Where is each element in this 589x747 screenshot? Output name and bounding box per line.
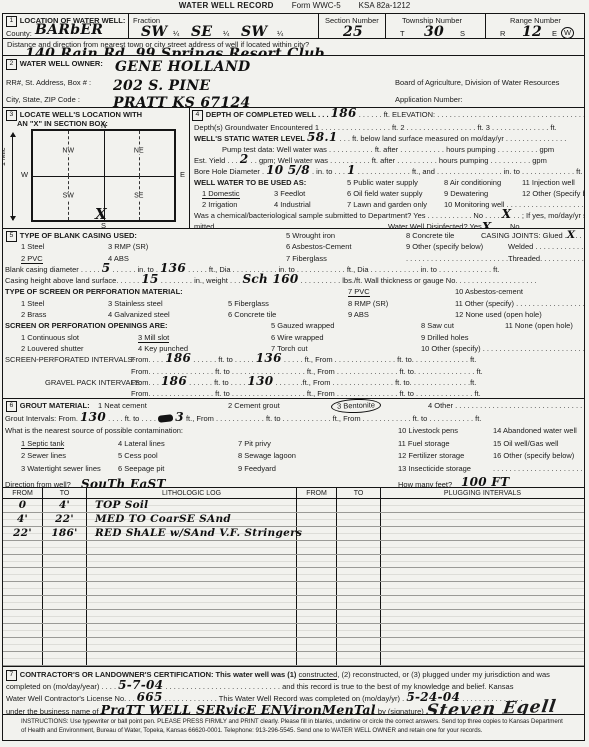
plug-cell-from bbox=[297, 582, 337, 595]
plug-cell-interval bbox=[381, 638, 584, 651]
contam-option-7: 7 Pit privy bbox=[238, 439, 271, 448]
mitted-continuation: mitted bbox=[194, 222, 214, 229]
casing-option-2-selected: 2 PVC bbox=[21, 254, 43, 264]
spi-suffix: . . . . . ft., From . . . . . . . . . . … bbox=[284, 355, 477, 364]
log-row-empty bbox=[3, 596, 584, 610]
contam-option-5: 5 Cess pool bbox=[118, 451, 158, 460]
plug-cell-interval bbox=[381, 541, 584, 554]
contam-option-15: 15 Oil well/Gas well bbox=[493, 439, 558, 448]
contam-13-dots: . . . . . . . . . . . . . . . . . . . . … bbox=[493, 464, 584, 473]
groundwater-line: Depth(s) Groundwater Encountered 1 . . .… bbox=[194, 123, 557, 132]
section4-number: 4 bbox=[192, 110, 203, 121]
west-label: W bbox=[21, 170, 28, 179]
casing-diameter-to-value: 136 bbox=[160, 265, 186, 271]
address-value: 202 S. PINE bbox=[113, 83, 210, 89]
log-header-plugging: PLUGGING INTERVALS bbox=[381, 488, 584, 498]
quadrant-nw: NW bbox=[33, 131, 104, 176]
plug-cell-to bbox=[337, 527, 381, 540]
log-header-to2: TO bbox=[337, 488, 381, 498]
east-label: E bbox=[180, 170, 185, 179]
log-cell-description bbox=[87, 555, 297, 568]
log-cell-description bbox=[87, 652, 297, 665]
screen-intervals-label: SCREEN-PERFORATED INTERVALS: bbox=[5, 355, 135, 364]
screen-option-10: 10 Asbestos-cement bbox=[455, 287, 523, 296]
contam-option-8: 8 Sewage lagoon bbox=[238, 451, 296, 460]
pump-test-line: Pump test data: Well water was . . . . .… bbox=[222, 145, 554, 154]
screen-option-6: 6 Concrete tile bbox=[228, 310, 276, 319]
form-frame: 1LOCATION OF WATER WELL: County: BARbER … bbox=[2, 13, 585, 741]
screen-option-1: 1 Steel bbox=[21, 299, 44, 308]
log-cell-to bbox=[43, 624, 87, 637]
log-cell-description bbox=[87, 541, 297, 554]
handwritten-entry: 4' bbox=[59, 502, 70, 508]
log-cell-from bbox=[3, 541, 43, 554]
section-number-cell: Section Number 25 bbox=[319, 14, 386, 38]
screen-option-8: 8 RMP (SR) bbox=[348, 299, 388, 308]
spi-to-value: 136 bbox=[256, 355, 282, 361]
one-mile-scale-line bbox=[12, 134, 13, 220]
quarter-symbol-3: ¼ bbox=[277, 29, 283, 38]
log-cell-to bbox=[43, 541, 87, 554]
opening-option-11: 11 None (open hole) bbox=[505, 321, 573, 330]
log-cell-from: 4' bbox=[3, 513, 43, 526]
screen-option-3: 3 Stainless steel bbox=[108, 299, 163, 308]
fraction-2-value: SE bbox=[191, 29, 212, 35]
contam-option-6: 6 Seepage pit bbox=[118, 464, 164, 473]
contam-option-3: 3 Watertight sewer lines bbox=[21, 464, 101, 473]
log-row: 4'22'MED TO CoarSE SAnd bbox=[3, 513, 584, 527]
log-cell-to bbox=[43, 582, 87, 595]
plug-cell-to bbox=[337, 610, 381, 623]
log-row: 04'TOP Soil bbox=[3, 499, 584, 513]
opening-option-2: 2 Louvered shutter bbox=[21, 344, 84, 353]
log-cell-description bbox=[87, 596, 297, 609]
plug-cell-from bbox=[297, 610, 337, 623]
use-option-4: 4 Industrial bbox=[274, 200, 311, 209]
screen-option-9: 9 ABS bbox=[348, 310, 369, 319]
contam-option-13: 13 Insecticide storage bbox=[398, 464, 471, 473]
use-option-10: 10 Monitoring well . . . . . . . . . . .… bbox=[444, 200, 584, 209]
log-cell-to: 22' bbox=[43, 513, 87, 526]
section5-number: 5 bbox=[6, 231, 17, 242]
contam-option-1-selected: 1 Septic tank bbox=[21, 439, 64, 449]
completed-on-label: completed on (mo/day/year) . . . . bbox=[6, 682, 116, 691]
section7-number: 7 bbox=[6, 670, 17, 681]
grout-option-1: 1 Neat cement bbox=[98, 401, 147, 410]
log-row-empty bbox=[3, 638, 584, 652]
section6-grout: 6GROUT MATERIAL: 1 Neat cement 2 Cement … bbox=[3, 399, 584, 488]
grout-option-2: 2 Cement grout bbox=[228, 401, 280, 410]
quadrant-ne: NE bbox=[104, 131, 175, 176]
plug-cell-interval bbox=[381, 568, 584, 581]
application-number-label: Application Number: bbox=[395, 95, 463, 104]
bore-hole-label: Bore Hole Diameter . bbox=[194, 167, 264, 176]
plug-cell-interval bbox=[381, 527, 584, 540]
log-row-empty bbox=[3, 555, 584, 569]
log-header-lithologic: LITHOLOGIC LOG bbox=[87, 488, 297, 498]
feet-value: 100 FT bbox=[461, 479, 509, 485]
grout-suffix: ft., From . . . . . . . . . . . . ft. to… bbox=[186, 414, 481, 423]
plug-cell-interval bbox=[381, 513, 584, 526]
chem-sample-label: Was a chemical/bacteriological sample su… bbox=[194, 211, 500, 220]
casing-height-label: Casing height above land surface. . . . … bbox=[5, 276, 139, 285]
casing-diameter-value: 5 bbox=[102, 265, 111, 271]
bore-hole-to-value: 1 bbox=[347, 167, 356, 173]
blank-casing-diameter-label: Blank casing diameter . . . . . bbox=[5, 265, 100, 274]
plug-cell-interval bbox=[381, 596, 584, 609]
log-cell-from bbox=[3, 555, 43, 568]
casing-option-4: 4 ABS bbox=[108, 254, 129, 263]
business-name-value: PraTT WELL SERvicE ENVironMenTal bbox=[101, 707, 376, 713]
form-number: Form WWC-5 bbox=[292, 1, 341, 10]
business-name-label: under the business name of bbox=[6, 707, 99, 714]
gravel-pack-label: GRAVEL PACK INTERVALS: bbox=[45, 378, 142, 387]
section6-heading: GROUT MATERIAL: bbox=[20, 401, 90, 410]
section3-heading-line2: AN "X" IN SECTION BOX: bbox=[17, 119, 108, 128]
section2-owner: 2WATER WELL OWNER: GENE HOLLAND RR#, St.… bbox=[3, 56, 584, 108]
grout-intervals-label: Grout Intervals: From. bbox=[5, 414, 78, 423]
bore-hole-diameter-value: 10 5/8 bbox=[266, 167, 310, 173]
use-option-2: 2 Irrigation bbox=[202, 200, 237, 209]
log-header-to: TO bbox=[43, 488, 87, 498]
instructions-line1: INSTRUCTIONS: Use typewriter or ball poi… bbox=[3, 715, 584, 727]
est-yield-label: Est. Yield . . . bbox=[194, 156, 238, 165]
form-title-row: WATER WELL RECORD Form WWC-5 KSA 82a-121… bbox=[0, 1, 589, 10]
board-label: Board of Agriculture, Division of Water … bbox=[395, 78, 559, 87]
plug-cell-to bbox=[337, 568, 381, 581]
completed-date-value: 5-7-04 bbox=[118, 682, 163, 688]
handwritten-entry: 22' bbox=[13, 530, 32, 536]
fraction-3-value: SW bbox=[241, 29, 267, 35]
plug-cell-interval bbox=[381, 624, 584, 637]
log-cell-description: TOP Soil bbox=[87, 499, 297, 512]
use-option-7: 7 Lawn and garden only bbox=[347, 200, 427, 209]
gpi-to-value: 130 bbox=[247, 378, 273, 384]
plug-cell-from bbox=[297, 541, 337, 554]
opening-option-5: 5 Gauzed wrapped bbox=[271, 321, 334, 330]
log-cell-to: 4' bbox=[43, 499, 87, 512]
section5-casing: 5TYPE OF BLANK CASING USED: 5 Wrought ir… bbox=[3, 229, 584, 399]
screen-material-heading: TYPE OF SCREEN OR PERFORATION MATERIAL: bbox=[5, 287, 183, 296]
quarter-symbol-2: ¼ bbox=[223, 29, 229, 38]
township-cell: Township Number T 30 S bbox=[386, 14, 486, 38]
range-cell: Range Number R 12 E W bbox=[486, 14, 584, 38]
log-cell-from: 0 bbox=[3, 499, 43, 512]
constructed-underlined: constructed bbox=[299, 670, 338, 680]
opening-option-3-selected: 3 Mill slot bbox=[138, 333, 169, 343]
plug-cell-interval bbox=[381, 555, 584, 568]
section2-number: 2 bbox=[6, 59, 17, 70]
opening-option-10: 10 Other (specify) . . . . . . . . . . .… bbox=[421, 344, 584, 353]
use-option-11: 11 Injection well bbox=[522, 178, 575, 187]
quadrant-sw: SW bbox=[33, 176, 104, 221]
use-option-1-selected: 1 Domestic bbox=[202, 189, 240, 199]
log-cell-description: RED ShALE w/SAnd V.F. Stringers bbox=[87, 527, 297, 540]
log-cell-from bbox=[3, 610, 43, 623]
section3-4-block: 3LOCATE WELL'S LOCATION WITH AN "X" IN S… bbox=[3, 108, 584, 229]
contam-option-16: 16 Other (specify below) bbox=[493, 451, 574, 460]
depth-completed-value: 186 bbox=[331, 110, 357, 116]
gpi-row2: From. . . . . . . . . . . . . . . . ft. … bbox=[131, 389, 481, 398]
grout-to-value: 3 bbox=[175, 414, 184, 420]
use-option-5: 5 Public water supply bbox=[347, 178, 418, 187]
casing-diameter-suffix: . . . . . ft., Dia . . . . . . . . . . .… bbox=[188, 265, 499, 274]
one-mile-label: 1 Mile bbox=[3, 147, 7, 166]
county-value: BARbER bbox=[35, 27, 103, 33]
opening-option-6: 6 Wire wrapped bbox=[271, 333, 324, 342]
log-cell-description bbox=[87, 610, 297, 623]
casing-option-8: 8 Concrete tile bbox=[406, 231, 454, 240]
opening-option-9: 9 Drilled holes bbox=[421, 333, 469, 342]
plug-cell-from bbox=[297, 638, 337, 651]
direction-value: SouTh EaST bbox=[81, 481, 166, 487]
contam-option-14: 14 Abandoned water well bbox=[493, 426, 577, 435]
city-value: PRATT KS 67124 bbox=[113, 100, 251, 106]
handwritten-entry: MED TO CoarSE SAnd bbox=[95, 516, 231, 522]
static-water-level-value: 58.1 bbox=[307, 134, 337, 140]
log-cell-to bbox=[43, 652, 87, 665]
log-table-header: FROM TO LITHOLOGIC LOG FROM TO PLUGGING … bbox=[3, 488, 584, 499]
joints-welded-label: Welded . . . . . . . . . . . . . . . . . bbox=[508, 242, 584, 251]
nw-label: NW bbox=[59, 148, 77, 155]
openings-heading: SCREEN OR PERFORATION OPENINGS ARE: bbox=[5, 321, 168, 330]
certification-line1-rest: , (2) reconstructed, or (3) plugged unde… bbox=[337, 670, 550, 679]
range-value: 12 bbox=[522, 29, 542, 35]
handwritten-entry: 186' bbox=[51, 530, 77, 536]
joints-threaded-label: Threaded. . . . . . . . . . . . . . . . bbox=[508, 254, 584, 263]
form-ksa: KSA 82a-1212 bbox=[359, 1, 411, 10]
log-cell-description bbox=[87, 568, 297, 581]
log-row-empty bbox=[3, 652, 584, 666]
use-option-9: 9 Dewatering bbox=[444, 189, 488, 198]
log-header-from2: FROM bbox=[297, 488, 337, 498]
log-cell-to bbox=[43, 555, 87, 568]
certification-line2-rest: . . . . . . . . . . . . . . . . . . . . … bbox=[165, 682, 513, 691]
casing-weight-value: Sch 160 bbox=[242, 276, 298, 282]
use-option-3: 3 Feedlot bbox=[274, 189, 305, 198]
log-cell-from bbox=[3, 582, 43, 595]
log-row-empty bbox=[3, 582, 584, 596]
log-cell-to: 186' bbox=[43, 527, 87, 540]
log-cell-to bbox=[43, 568, 87, 581]
plug-cell-to bbox=[337, 638, 381, 651]
log-cell-description bbox=[87, 624, 297, 637]
bore-hole-suffix: . . . . . . . . . . . . . ft., and . . .… bbox=[358, 167, 583, 176]
instructions-line2: of Health and Environment, Bureau of Wat… bbox=[3, 727, 584, 736]
casing-height-suffix: . . . . . . . . . . lbs./ft. Wall thickn… bbox=[301, 276, 537, 285]
depth-completed-label: DEPTH OF COMPLETED WELL . . . bbox=[206, 110, 329, 119]
plug-cell-from bbox=[297, 568, 337, 581]
record-completed-date-value: 5-24-04 bbox=[406, 694, 460, 700]
log-cell-from bbox=[3, 638, 43, 651]
grout-option-3-circled: 3 Bentonite bbox=[331, 399, 381, 414]
log-cell-from bbox=[3, 652, 43, 665]
plug-cell-from bbox=[297, 596, 337, 609]
contam-option-12: 12 Fertilizer storage bbox=[398, 451, 464, 460]
plug-cell-interval bbox=[381, 652, 584, 665]
chem-sample-suffix: . . ; If yes, mo/day/yr sample was sub- bbox=[514, 211, 585, 220]
range-e-label: E bbox=[552, 29, 557, 38]
form-title: WATER WELL RECORD bbox=[179, 1, 274, 10]
casing-option-1: 1 Steel bbox=[21, 242, 44, 251]
section-number-value: 25 bbox=[343, 29, 363, 35]
contam-option-2: 2 Sewer lines bbox=[21, 451, 66, 460]
log-cell-description: MED TO CoarSE SAnd bbox=[87, 513, 297, 526]
section4-well-data: 4DEPTH OF COMPLETED WELL . . . 186 . . .… bbox=[192, 108, 584, 228]
log-cell-to bbox=[43, 610, 87, 623]
owner-value: GENE HOLLAND bbox=[115, 64, 250, 70]
screen-option-5: 5 Fiberglass bbox=[228, 299, 269, 308]
plug-cell-to bbox=[337, 499, 381, 512]
plug-cell-to bbox=[337, 596, 381, 609]
gpi-from-value: 186 bbox=[161, 378, 187, 384]
contractor-signature: Steven Egell bbox=[425, 704, 556, 714]
section2-heading: WATER WELL OWNER: bbox=[20, 59, 103, 68]
fraction-1-value: SW bbox=[141, 29, 167, 35]
gpi-mid: . . . . . . ft. to . . . . bbox=[189, 378, 245, 387]
se-label: SE bbox=[131, 192, 146, 199]
address-label: RR#, St. Address, Box # : bbox=[6, 78, 91, 87]
gpi-from-label: From. . . bbox=[131, 378, 159, 387]
log-row-empty bbox=[3, 541, 584, 555]
handwritten-entry: 22' bbox=[55, 516, 74, 522]
direction-label: Direction from well? bbox=[5, 480, 71, 488]
plug-cell-to bbox=[337, 555, 381, 568]
plug-cell-from bbox=[297, 527, 337, 540]
contam-option-9: 9 Feedyard bbox=[238, 464, 276, 473]
grout-option-4: 4 Other . . . . . . . . . . . . . . . . … bbox=[428, 401, 584, 410]
static-water-level-suffix: . . . ft. below land surface measured on… bbox=[340, 134, 567, 143]
township-t-label: T bbox=[400, 29, 405, 38]
handwritten-entry: 0 bbox=[19, 502, 27, 508]
casing-option-7: 7 Fiberglass bbox=[286, 254, 327, 263]
contam-option-11: 11 Fuel storage bbox=[398, 439, 450, 448]
plug-cell-to bbox=[337, 624, 381, 637]
log-row-empty bbox=[3, 624, 584, 638]
chem-sample-no-x-mark: X bbox=[502, 211, 512, 217]
use-option-12: 12 Other (Specify below) bbox=[522, 189, 584, 198]
log-cell-from: 22' bbox=[3, 527, 43, 540]
spi-mid: . . . . . . ft. to . . . . . bbox=[193, 355, 253, 364]
casing-option-9: 9 Other (specify below) bbox=[406, 242, 483, 251]
opening-option-8: 8 Saw cut bbox=[421, 321, 454, 330]
log-cell-description bbox=[87, 582, 297, 595]
by-signature-label: by (signature) bbox=[378, 707, 424, 714]
casing-height-mid: . . . . . . . . in., weight . . . bbox=[161, 276, 241, 285]
lithologic-log-table: FROM TO LITHOLOGIC LOG FROM TO PLUGGING … bbox=[3, 488, 584, 666]
screen-option-12: 12 None used (open hole) bbox=[455, 310, 542, 319]
township-value: 30 bbox=[424, 29, 444, 35]
city-label: City, State, ZIP Code : bbox=[6, 95, 80, 104]
sw-label: SW bbox=[60, 192, 77, 199]
section1-number: 1 bbox=[6, 16, 17, 27]
grout-mid: . . . . ft. to . . . . bbox=[108, 414, 156, 423]
est-yield-value: 2 bbox=[240, 156, 249, 162]
license-number-value: 665 bbox=[137, 694, 163, 700]
handwritten-entry: 4' bbox=[17, 516, 28, 522]
section1-location-row: 1LOCATION OF WATER WELL: County: BARbER … bbox=[3, 14, 584, 39]
county-cell: 1LOCATION OF WATER WELL: County: BARbER bbox=[3, 14, 129, 38]
log-table-body: 04'TOP Soil4'22'MED TO CoarSE SAnd22'186… bbox=[3, 499, 584, 666]
depth-elevation-suffix: . . . . . . ft. ELEVATION: . . . . . . .… bbox=[359, 110, 584, 119]
how-many-feet-label: How many feet? bbox=[398, 480, 452, 488]
screen-option-7-selected: 7 PVC bbox=[348, 287, 370, 297]
quarter-symbol-1: ¼ bbox=[173, 29, 179, 38]
plug-cell-from bbox=[297, 513, 337, 526]
disinfected-no-label: No bbox=[510, 222, 520, 229]
fraction-cell: Fraction SW ¼ SE ¼ SW ¼ bbox=[129, 14, 319, 38]
range-r-label: R bbox=[500, 29, 505, 38]
casing-joints-label: CASING JOINTS: Glued . bbox=[481, 231, 567, 240]
disinfected-label: Water Well Disinfected? Yes bbox=[388, 222, 482, 229]
log-cell-description bbox=[87, 638, 297, 651]
contam-option-4: 4 Lateral lines bbox=[118, 439, 165, 448]
mile-arrow-down-icon bbox=[10, 216, 16, 221]
scribble-mark bbox=[158, 414, 174, 423]
gpi-suffix: . . . . . . .ft., From . . . . . . . . .… bbox=[275, 378, 476, 387]
casing-option-5: 5 Wrought iron bbox=[286, 231, 335, 240]
use-option-8: 8 Air conditioning bbox=[444, 178, 501, 187]
instructions-block: INSTRUCTIONS: Use typewriter or ball poi… bbox=[3, 714, 584, 742]
plug-cell-to bbox=[337, 582, 381, 595]
casing-option-6: 6 Asbestos-Cement bbox=[286, 242, 351, 251]
plug-cell-from bbox=[297, 555, 337, 568]
county-label: County: bbox=[6, 29, 32, 38]
log-cell-from bbox=[3, 624, 43, 637]
handwritten-entry: RED ShALE w/SAnd V.F. Stringers bbox=[95, 530, 302, 536]
section6-number: 6 bbox=[6, 401, 17, 412]
quadrant-se: SE bbox=[104, 176, 175, 221]
screen-option-2: 2 Brass bbox=[21, 310, 46, 319]
grout-from-value: 130 bbox=[80, 414, 106, 420]
log-row-empty bbox=[3, 568, 584, 582]
casing-option-3: 3 RMP (SR) bbox=[108, 242, 148, 251]
log-cell-from bbox=[3, 568, 43, 581]
section3-number: 3 bbox=[6, 110, 17, 121]
plug-cell-from bbox=[297, 652, 337, 665]
plug-cell-interval bbox=[381, 582, 584, 595]
screen-option-11: 11 Other (specify) . . . . . . . . . . .… bbox=[455, 299, 584, 308]
contam-option-10: 10 Livestock pens bbox=[398, 426, 458, 435]
log-row-empty bbox=[3, 610, 584, 624]
mile-arrow-up-icon bbox=[10, 132, 16, 137]
plug-cell-to bbox=[337, 513, 381, 526]
plug-cell-to bbox=[337, 541, 381, 554]
well-location-x-mark: X bbox=[95, 211, 107, 217]
log-cell-from bbox=[3, 596, 43, 609]
screen-option-4: 4 Galvanized steel bbox=[108, 310, 170, 319]
water-well-record-form: WATER WELL RECORD Form WWC-5 KSA 82a-121… bbox=[0, 0, 589, 747]
township-s-label: S bbox=[460, 29, 465, 38]
plug-cell-interval bbox=[381, 499, 584, 512]
section3-heading-line1: LOCATE WELL'S LOCATION WITH bbox=[20, 110, 142, 119]
plug-cell-to bbox=[337, 652, 381, 665]
plug-cell-interval bbox=[381, 610, 584, 623]
distance-row: Distance and direction from nearest town… bbox=[3, 39, 584, 56]
log-cell-to bbox=[43, 638, 87, 651]
opening-option-1: 1 Continuous slot bbox=[21, 333, 79, 342]
bore-hole-mid: . in. to . . . bbox=[312, 167, 345, 176]
spi-from-value: 186 bbox=[165, 355, 191, 361]
log-header-from: FROM bbox=[3, 488, 43, 498]
plug-cell-from bbox=[297, 499, 337, 512]
static-water-level-label: WELL'S STATIC WATER LEVEL bbox=[194, 134, 305, 143]
spi-from-label: From. . . . bbox=[131, 355, 163, 364]
use-heading: WELL WATER TO BE USED AS: bbox=[194, 178, 306, 187]
section5-heading: TYPE OF BLANK CASING USED: bbox=[20, 231, 137, 240]
ne-label: NE bbox=[131, 148, 147, 155]
contamination-heading: What is the nearest source of possible c… bbox=[5, 426, 183, 435]
